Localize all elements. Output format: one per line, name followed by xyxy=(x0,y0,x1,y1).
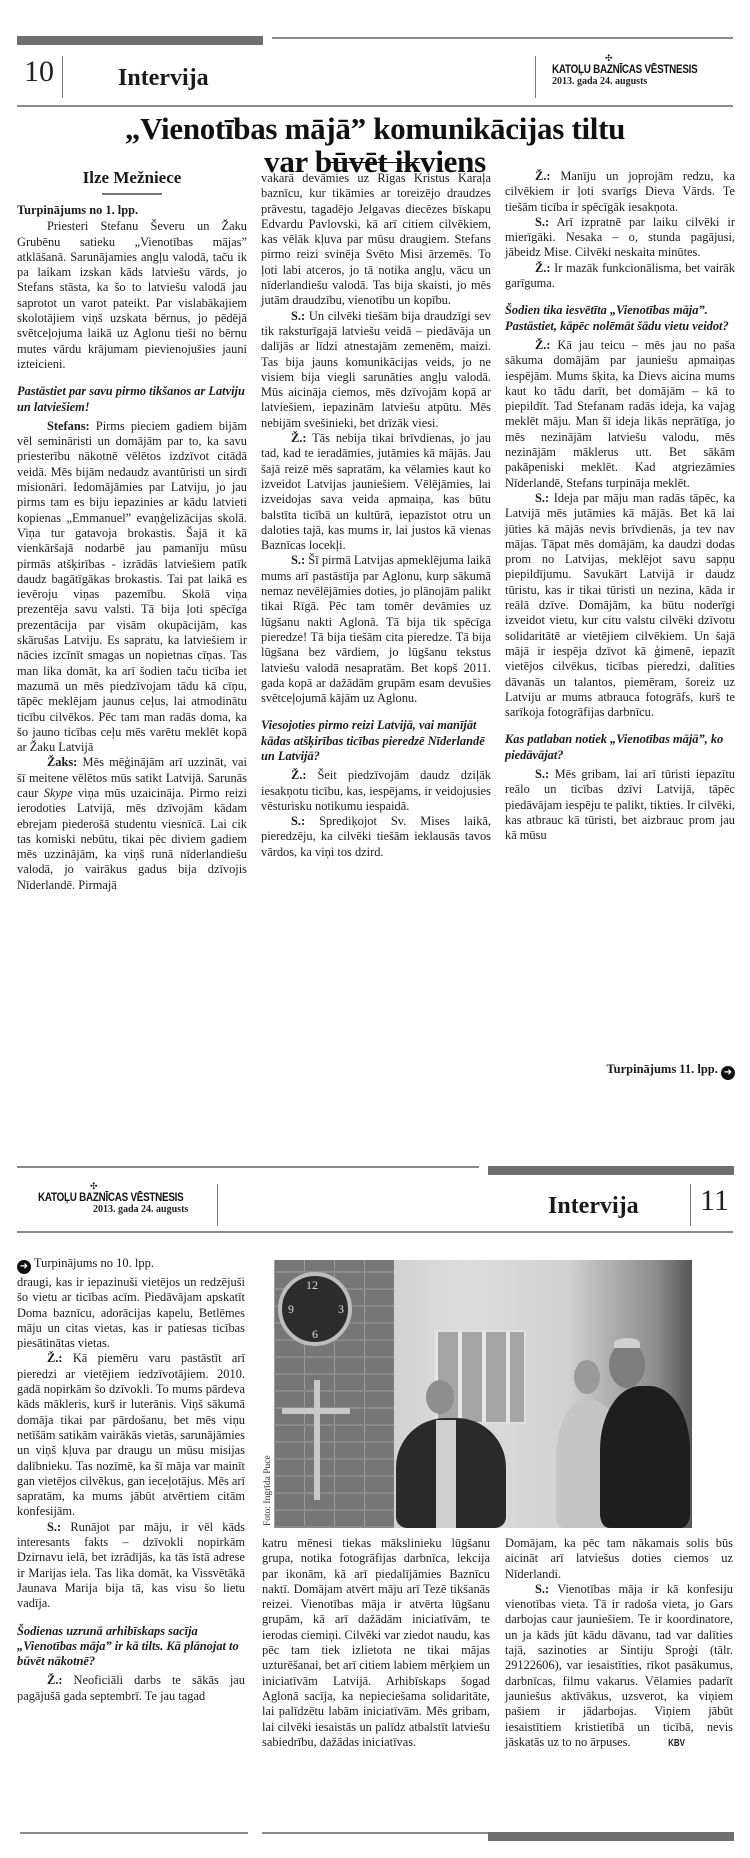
interview-question: Viesojoties pirmo reizi Latvijā, vai man… xyxy=(261,718,491,764)
answer-paragraph: S.: Mēs gribam, lai arī tūristi iepazītu… xyxy=(505,767,735,843)
masthead-date: 2013. gada 24. augusts xyxy=(38,1204,218,1216)
header-bottom-rule xyxy=(17,1231,733,1233)
answer-paragraph: S.: Runājot par māju, ir vēl kāds intere… xyxy=(17,1520,245,1612)
masthead: ✣ KATOĻU BAZNĪCAS VĒSTNESIS 2013. gada 2… xyxy=(38,1190,218,1216)
header-separator xyxy=(62,56,63,98)
intro-paragraph: Priesteri Stefanu Ševeru un Žaku Grubēnu… xyxy=(17,219,247,372)
speaker-label: Stefans: xyxy=(47,419,90,433)
author-byline: Ilze Mežniece xyxy=(18,168,246,188)
answer-paragraph: Ž.: Šeit piedzīvojām daudz dziļāk iesakņ… xyxy=(261,768,491,814)
interview-question: Šodienas uzrunā arhibīskaps sacīja „Vien… xyxy=(17,1624,245,1670)
section-title: Intervija xyxy=(548,1192,639,1220)
header-accent-bar xyxy=(488,1166,734,1175)
interview-question: Pastāstiet par savu pirmo tikšanos ar La… xyxy=(17,384,247,415)
masthead-title: KATOĻU BAZNĪCAS VĒSTNESIS xyxy=(38,1190,186,1204)
answer-paragraph: Domājam, ka pēc tam nākamais solis būs a… xyxy=(505,1536,733,1582)
speaker-label: Ž.: xyxy=(535,338,551,352)
header-separator xyxy=(217,1184,218,1226)
person-figure xyxy=(609,1342,645,1388)
answer-paragraph: Ž.: Tās nebija tikai brīvdienas, jo jau … xyxy=(261,431,491,553)
answer-paragraph: katru mēnesi tiekas mākslinieku lūgšanu … xyxy=(262,1536,490,1750)
photo-credit: Foto: Ingrīda Puce xyxy=(263,1455,273,1526)
answer-paragraph: S.: Ideja par māju man radās tāpēc, ka L… xyxy=(505,491,735,720)
answer-paragraph: Žaks: Mēs mēģinājām arī uzzināt, vai šī … xyxy=(17,755,247,893)
answer-paragraph: S.: Arī izpratnē par laiku cilvēki ir mi… xyxy=(505,215,735,261)
answer-paragraph: S.: Vienotības māja ir kā konfesiju vien… xyxy=(505,1582,733,1751)
article-column-1: Turpinājums no 1. lpp. Priesteri Stefanu… xyxy=(17,203,247,893)
header-separator xyxy=(690,1184,691,1226)
interview-question: Šodien tika iesvētīta „Vienotības māja”.… xyxy=(505,303,735,334)
answer-paragraph: Stefans: Pirms pieciem gadiem bijām vēl … xyxy=(17,419,247,756)
speaker-label: Ž.: xyxy=(47,1351,63,1365)
speaker-label: S.: xyxy=(535,1582,549,1596)
person-figure xyxy=(426,1380,454,1414)
masthead: ✣ KATOĻU BAZNĪCAS VĒSTNESIS 2013. gada 2… xyxy=(552,62,742,88)
continued-from-label: Turpinājums no 1. lpp. xyxy=(17,203,247,218)
headline-underline xyxy=(330,162,420,163)
page-number: 11 xyxy=(700,1186,729,1216)
cross-icon xyxy=(314,1380,320,1500)
article-photo: 12 3 6 9 xyxy=(274,1260,692,1528)
header-top-rule xyxy=(17,1166,479,1168)
interview-question: Kas patlaban notiek „Vienotības mājā”, k… xyxy=(505,732,735,763)
author-underline xyxy=(102,193,162,195)
article-column-3: Domājam, ka pēc tam nākamais solis būs a… xyxy=(505,1536,733,1751)
header-bottom-rule xyxy=(17,105,733,107)
speaker-label: S.: xyxy=(291,553,305,567)
header-accent-bar xyxy=(17,36,263,45)
header-separator xyxy=(535,56,536,98)
speaker-label: S.: xyxy=(47,1520,61,1534)
answer-paragraph: Ž.: Kā piemēru varu pastāstīt arī piered… xyxy=(17,1351,245,1519)
clock-icon: 12 3 6 9 xyxy=(278,1272,352,1346)
speaker-label: Ž.: xyxy=(291,768,307,782)
article-column-2: vakarā devāmies uz Rīgas Kristus Karaļa … xyxy=(261,171,491,860)
speaker-label: S.: xyxy=(535,767,549,781)
brick-wall: 12 3 6 9 xyxy=(274,1260,394,1528)
answer-paragraph: Ž.: Neoficiāli darbs te sākās jau pagāju… xyxy=(17,1673,245,1704)
arrow-right-icon: ➜ xyxy=(721,1066,735,1080)
speaker-label: S.: xyxy=(535,215,549,229)
column-bottom-rule xyxy=(20,1832,248,1834)
masthead-date: 2013. gada 24. augusts xyxy=(552,76,742,88)
continued-from-link[interactable]: ➜ Turpinājums no 10. lpp. xyxy=(17,1256,247,1274)
speaker-label: Ž.: xyxy=(291,431,307,445)
speaker-label: S.: xyxy=(535,491,549,505)
speaker-label: Žaks: xyxy=(47,755,77,769)
headline-line-1: „Vienotības mājā” komunikācijas tiltu xyxy=(0,112,750,145)
column-bottom-rule xyxy=(262,1832,490,1834)
continued-on-link[interactable]: Turpinājums 11. lpp. ➜ xyxy=(540,1062,735,1080)
answer-paragraph: Ž.: Ir mazāk funkcionālisma, bet vairāk … xyxy=(505,261,735,292)
answer-paragraph: draugi, kas ir iepazinuši vietējos un re… xyxy=(17,1275,245,1351)
footer-accent-bar xyxy=(488,1832,734,1841)
arrow-right-icon: ➜ xyxy=(17,1260,31,1274)
answer-paragraph: S.: Sprediķojot Sv. Mises laikā, pieredz… xyxy=(261,814,491,860)
answer-paragraph: S.: Šī pirmā Latvijas apmeklējuma laikā … xyxy=(261,553,491,706)
speaker-label: S.: xyxy=(291,814,305,828)
article-column-1: draugi, kas ir iepazinuši vietējos un re… xyxy=(17,1275,245,1704)
section-title: Intervija xyxy=(118,64,209,92)
kbv-end-mark: KBV xyxy=(644,1736,685,1751)
answer-paragraph: Ž.: Manīju un joprojām redzu, ka cilvēki… xyxy=(505,169,735,215)
article-column-3: Ž.: Manīju un joprojām redzu, ka cilvēki… xyxy=(505,169,735,843)
speaker-label: S.: xyxy=(291,309,305,323)
speaker-label: Ž.: xyxy=(535,169,551,183)
answer-paragraph: Ž.: Kā jau teicu – mēs jau no paša sākum… xyxy=(505,338,735,491)
article-column-2: katru mēnesi tiekas mākslinieku lūgšanu … xyxy=(262,1536,490,1750)
answer-paragraph: S.: Un cilvēki tiešām bija draudzīgi sev… xyxy=(261,309,491,431)
speaker-label: Ž.: xyxy=(535,261,551,275)
person-figure xyxy=(574,1360,600,1394)
header-top-rule xyxy=(272,37,733,39)
page-number: 10 xyxy=(24,57,54,87)
answer-paragraph: vakarā devāmies uz Rīgas Kristus Karaļa … xyxy=(261,171,491,309)
masthead-title: KATOĻU BAZNĪCAS VĒSTNESIS xyxy=(552,62,708,76)
speaker-label: Ž.: xyxy=(47,1673,63,1687)
